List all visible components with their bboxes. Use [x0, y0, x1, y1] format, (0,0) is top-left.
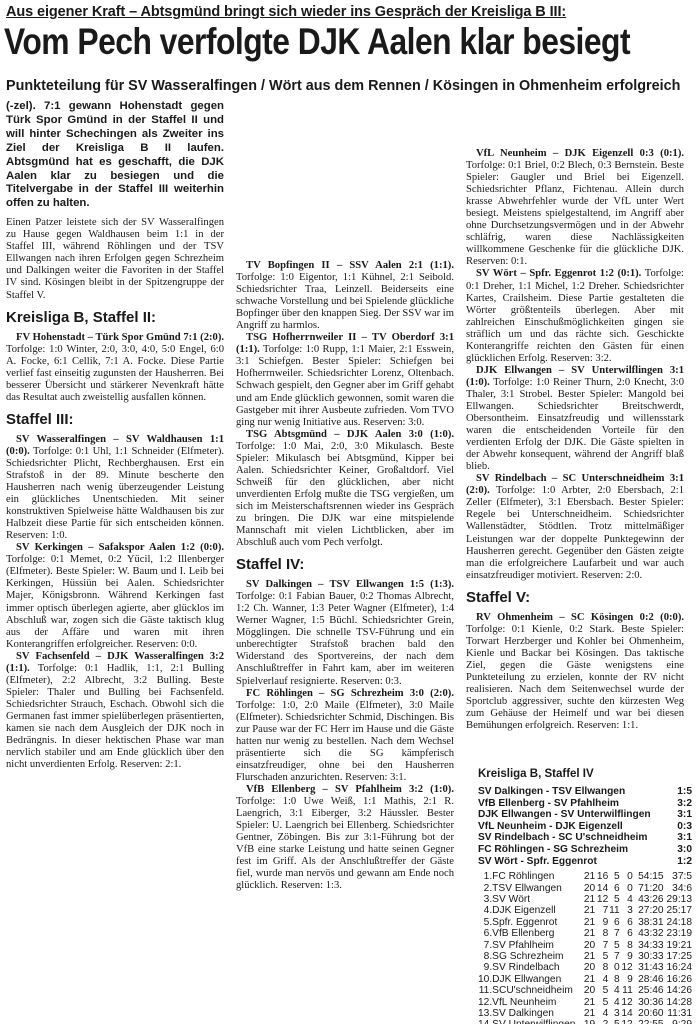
standings-box: Kreisliga B, Staffel IV SV Dalkingen - T…	[478, 768, 692, 1024]
match-text: Torfolge: 1:0 Reiner Thurn, 2:0 Knecht, …	[466, 377, 684, 472]
match-text: Torfolge: 1:0, 2:0 Maile (Elfmeter), 3:0…	[236, 700, 454, 783]
table-cell-v: 12	[620, 1019, 633, 1024]
table-cell-g: 4	[595, 1008, 608, 1019]
table-cell-pkt: 25:17	[664, 905, 692, 916]
table-cell-v: 9	[620, 974, 633, 985]
table-cell-sp: 21	[581, 997, 595, 1008]
match-report: SV Fachsenfeld – DJK Wasseralfingen 3:2 …	[6, 651, 224, 771]
table-cell-tore: 34:33	[633, 940, 664, 951]
match-report: DJK Ellwangen – SV Unterwilflingen 3:1 (…	[466, 365, 684, 473]
table-cell-u: 5	[608, 940, 619, 951]
table-cell-sp: 21	[581, 951, 595, 962]
table-cell-tore: 71:20	[633, 883, 664, 894]
result-match: DJK Ellwangen - SV Unterwilflingen	[478, 809, 675, 821]
table-cell-tore: 20:60	[633, 1008, 664, 1019]
result-score: 1:2	[675, 856, 692, 868]
table-cell-u: 6	[608, 917, 619, 928]
table-cell-pos: 1.	[478, 871, 492, 882]
table-cell-pos: 9.	[478, 962, 492, 973]
table-cell-g: 14	[595, 883, 608, 894]
match-text: Torfolge: 1:0 Uwe Weiß, 1:1 Mathis, 2:1 …	[236, 796, 454, 891]
result-match: SV Dalkingen - TSV Ellwangen	[478, 786, 675, 798]
table-cell-sp: 20	[581, 962, 595, 973]
table-cell-u: 4	[608, 997, 619, 1008]
table-cell-v: 14	[620, 1008, 633, 1019]
table-cell-pkt: 14:28	[664, 997, 692, 1008]
table-row: 5.Spfr. Eggenrot2196638:3124:18	[478, 917, 692, 928]
result-row: SV Dalkingen - TSV Ellwangen1:5	[478, 786, 692, 798]
table-cell-tore: 43:32	[633, 928, 664, 939]
table-cell-pos: 11.	[478, 985, 492, 996]
match-heading: VfB Ellenberg – SV Pfahlheim 3:2 (1:0).	[246, 784, 454, 795]
standings-title: Kreisliga B, Staffel IV	[478, 768, 692, 780]
table-cell-v: 8	[620, 940, 633, 951]
article-column-1: (-zel). 7:1 gewann Hohenstadt gegen Türk…	[6, 100, 224, 771]
result-match: VfB Ellenberg - SV Pfahlheim	[478, 798, 675, 810]
table-cell-tore: 54:15	[633, 871, 664, 882]
match-report: TSG Hofherrnweiler II – TV Oberdorf 3:1 …	[236, 332, 454, 428]
table-cell-team: DJK Eigenzell	[492, 905, 581, 916]
match-report: VfB Ellenberg – SV Pfahlheim 3:2 (1:0). …	[236, 784, 454, 892]
section-heading: Kreisliga B, Staffel II:	[6, 308, 224, 328]
table-row: 3.SV Wört21125443:2629:13	[478, 894, 692, 905]
table-cell-pos: 13.	[478, 1008, 492, 1019]
table-cell-pos: 4.	[478, 905, 492, 916]
table-cell-tore: 31:43	[633, 962, 664, 973]
table-cell-pos: 5.	[478, 917, 492, 928]
table-cell-u: 5	[608, 1019, 619, 1024]
table-cell-g: 5	[595, 985, 608, 996]
table-cell-pkt: 14:26	[664, 985, 692, 996]
table-row: 9.SV Rindelbach20801231:4316:24	[478, 962, 692, 973]
table-cell-g: 7	[595, 940, 608, 951]
table-cell-tore: 22:55	[633, 1019, 664, 1024]
table-cell-pkt: 19:21	[664, 940, 692, 951]
table-cell-g: 12	[595, 894, 608, 905]
table-row: 11.SCU'schneidheim20541125:4614:26	[478, 985, 692, 996]
table-cell-g: 4	[595, 974, 608, 985]
table-cell-pkt: 16:26	[664, 974, 692, 985]
table-cell-v: 12	[620, 997, 633, 1008]
table-row: 1.FC Röhlingen21165054:1537:5	[478, 871, 692, 882]
match-report: TV Bopfingen II – SSV Aalen 2:1 (1:1). T…	[236, 260, 454, 332]
table-cell-u: 7	[608, 951, 619, 962]
table-cell-pkt: 29:13	[664, 894, 692, 905]
match-report: TSG Abtsgmünd – DJK Aalen 3:0 (1:0). Tor…	[236, 429, 454, 549]
match-text: Torfolge: 1:0 Rupp, 1:1 Maier, 2:1 Esswe…	[236, 344, 454, 427]
table-cell-tore: 28:46	[633, 974, 664, 985]
table-cell-u: 4	[608, 985, 619, 996]
match-report: FC Röhlingen – SG Schrezheim 3:0 (2:0). …	[236, 688, 454, 784]
match-heading: TV Bopfingen II – SSV Aalen 2:1 (1:1).	[246, 260, 454, 271]
kicker: Aus eigener Kraft – Abtsgmünd bringt sic…	[6, 4, 566, 20]
table-cell-team: VfL Neunheim	[492, 997, 581, 1008]
table-cell-team: VfB Ellenberg	[492, 928, 581, 939]
table-cell-pos: 6.	[478, 928, 492, 939]
table-cell-team: SV Dalkingen	[492, 1008, 581, 1019]
match-report: FV Hohenstadt – Türk Spor Gmünd 7:1 (2:0…	[6, 332, 224, 404]
table-cell-v: 4	[620, 894, 633, 905]
match-heading: FC Röhlingen – SG Schrezheim 3:0 (2:0).	[246, 688, 454, 699]
match-text: Torfolge: 0:1 Memet, 0:2 Yücil, 1:2 Ille…	[6, 554, 224, 649]
table-cell-u: 0	[608, 962, 619, 973]
table-cell-v: 0	[620, 871, 633, 882]
table-cell-team: SV Unterwilflingen	[492, 1019, 581, 1024]
table-cell-pos: 12.	[478, 997, 492, 1008]
table-cell-team: DJK Ellwangen	[492, 974, 581, 985]
section-heading: Staffel III:	[6, 410, 224, 430]
table-cell-g: 8	[595, 928, 608, 939]
table-cell-g: 5	[595, 951, 608, 962]
table-cell-sp: 21	[581, 894, 595, 905]
table-cell-v: 3	[620, 905, 633, 916]
result-score: 1:5	[675, 786, 692, 798]
table-cell-v: 12	[620, 962, 633, 973]
table-cell-u: 3	[608, 1008, 619, 1019]
table-cell-u: 8	[608, 974, 619, 985]
table-row: 13.SV Dalkingen21431420:6011:31	[478, 1008, 692, 1019]
article-column-2: TV Bopfingen II – SSV Aalen 2:1 (1:1). T…	[236, 260, 454, 892]
match-heading: SV Wört – Spfr. Eggenrot 1:2 (0:1).	[476, 268, 641, 279]
match-heading: SV Kerkingen – Safakspor Aalen 1:2 (0:0)…	[16, 542, 224, 553]
result-score: 3:1	[675, 809, 692, 821]
article-column-3: VfL Neunheim – DJK Eigenzell 0:3 (0:1). …	[466, 148, 684, 732]
table-row: 6.VfB Ellenberg2187643:3223:19	[478, 928, 692, 939]
table-cell-pos: 10.	[478, 974, 492, 985]
result-row: SV Rindelbach - SC U'schneidheim3:1	[478, 832, 692, 844]
league-table: 1.FC Röhlingen21165054:1537:52.TSV Ellwa…	[478, 871, 692, 1024]
table-cell-u: 11	[608, 905, 619, 916]
table-cell-sp: 20	[581, 985, 595, 996]
table-cell-sp: 21	[581, 917, 595, 928]
table-cell-v: 0	[620, 883, 633, 894]
match-heading: TSG Abtsgmünd – DJK Aalen 3:0 (1:0).	[246, 429, 454, 440]
table-cell-tore: 30:36	[633, 997, 664, 1008]
table-cell-v: 6	[620, 917, 633, 928]
table-cell-team: SV Wört	[492, 894, 581, 905]
table-cell-sp: 21	[581, 974, 595, 985]
match-report: SV Rindelbach – SC Unterschneidheim 3:1 …	[466, 473, 684, 581]
match-text: Torfolge: 1:0 Mai, 2:0, 3:0 Mikulasch. B…	[236, 441, 454, 548]
table-row: 2.TSV Ellwangen20146071:2034:6	[478, 883, 692, 894]
table-cell-v: 6	[620, 928, 633, 939]
match-text: Torfolge: 0:1 Dreher, 1:1 Michel, 1:2 Dr…	[466, 268, 684, 363]
table-cell-g: 8	[595, 962, 608, 973]
table-row: 14.SV Unterwilflingen19251222:559:29	[478, 1019, 692, 1024]
intro-paragraph: Einen Patzer leistete sich der SV Wasser…	[6, 217, 224, 301]
match-heading: FV Hohenstadt – Türk Spor Gmünd 7:1 (2:0…	[16, 332, 224, 343]
table-row: 12.VfL Neunheim21541230:3614:28	[478, 997, 692, 1008]
result-row: FC Röhlingen - SG Schrezheim3:0	[478, 844, 692, 856]
match-heading: RV Ohmenheim – SC Kösingen 0:2 (0:0).	[476, 612, 684, 623]
table-cell-g: 5	[595, 997, 608, 1008]
result-row: SV Wört - Spfr. Eggenrot1:2	[478, 856, 692, 868]
table-row: 10.DJK Ellwangen2148928:4616:26	[478, 974, 692, 985]
result-score: 3:0	[675, 844, 692, 856]
table-cell-team: TSV Ellwangen	[492, 883, 581, 894]
match-report: SV Dalkingen – TSV Ellwangen 1:5 (1:3). …	[236, 579, 454, 687]
match-report: SV Kerkingen – Safakspor Aalen 1:2 (0:0)…	[6, 542, 224, 650]
table-cell-team: SG Schrezheim	[492, 951, 581, 962]
table-cell-pkt: 37:5	[664, 871, 692, 882]
table-cell-pkt: 34:6	[664, 883, 692, 894]
table-cell-pkt: 24:18	[664, 917, 692, 928]
table-cell-g: 16	[595, 871, 608, 882]
table-cell-u: 5	[608, 871, 619, 882]
match-text: Torfolge: 1:0 Arbter, 2:0 Ebersbach, 2:1…	[466, 485, 684, 580]
table-cell-u: 5	[608, 894, 619, 905]
table-cell-team: Spfr. Eggenrot	[492, 917, 581, 928]
table-cell-team: SV Rindelbach	[492, 962, 581, 973]
table-cell-pkt: 11:31	[664, 1008, 692, 1019]
match-text: Torfolge: 0:1 Uhl, 1:1 Schneider (Elfmet…	[6, 446, 224, 541]
table-row: 7.SV Pfahlheim2075834:3319:21	[478, 940, 692, 951]
table-cell-pos: 2.	[478, 883, 492, 894]
table-cell-sp: 21	[581, 928, 595, 939]
table-cell-team: FC Röhlingen	[492, 871, 581, 882]
table-cell-tore: 27:20	[633, 905, 664, 916]
table-cell-tore: 38:31	[633, 917, 664, 928]
result-score: 0:3	[675, 821, 692, 833]
table-cell-u: 7	[608, 928, 619, 939]
table-cell-sp: 20	[581, 940, 595, 951]
result-match: SV Rindelbach - SC U'schneidheim	[478, 832, 675, 844]
table-cell-g: 7	[595, 905, 608, 916]
result-row: VfB Ellenberg - SV Pfahlheim3:2	[478, 798, 692, 810]
lead-paragraph: (-zel). 7:1 gewann Hohenstadt gegen Türk…	[6, 100, 224, 211]
table-cell-sp: 21	[581, 871, 595, 882]
result-match: FC Röhlingen - SG Schrezheim	[478, 844, 675, 856]
table-cell-g: 2	[595, 1019, 608, 1024]
result-row: VfL Neunheim - DJK Eigenzell0:3	[478, 821, 692, 833]
table-cell-tore: 30:33	[633, 951, 664, 962]
result-score: 3:2	[675, 798, 692, 810]
match-text: Torfolge: 1:0 Eigentor, 1:1 Kühnel, 2:1 …	[236, 272, 454, 331]
match-report: SV Wasseralfingen – SV Waldhausen 1:1 (0…	[6, 434, 224, 542]
subhead: Punkteteilung für SV Wasseralfingen / Wö…	[6, 78, 680, 94]
match-text: Torfolge: 0:1 Hadlik, 1:1, 2:1 Bulling (…	[6, 663, 224, 770]
section-heading: Staffel IV:	[236, 555, 454, 575]
table-row: 4.DJK Eigenzell21711327:2025:17	[478, 905, 692, 916]
table-cell-tore: 25:46	[633, 985, 664, 996]
table-cell-pkt: 17:25	[664, 951, 692, 962]
table-cell-u: 6	[608, 883, 619, 894]
match-report: VfL Neunheim – DJK Eigenzell 0:3 (0:1). …	[466, 148, 684, 268]
table-cell-sp: 21	[581, 905, 595, 916]
table-cell-pkt: 16:24	[664, 962, 692, 973]
table-cell-sp: 20	[581, 883, 595, 894]
table-cell-v: 9	[620, 951, 633, 962]
result-match: VfL Neunheim - DJK Eigenzell	[478, 821, 675, 833]
table-cell-sp: 21	[581, 1008, 595, 1019]
table-cell-g: 9	[595, 917, 608, 928]
match-text: Torfolge: 0:1 Kienle, 0:2 Stark. Beste S…	[466, 624, 684, 731]
result-match: SV Wört - Spfr. Eggenrot	[478, 856, 675, 868]
table-cell-v: 11	[620, 985, 633, 996]
table-cell-tore: 43:26	[633, 894, 664, 905]
section-heading: Staffel V:	[466, 588, 684, 608]
table-cell-pos: 14.	[478, 1019, 492, 1024]
headline: Vom Pech verfolgte DJK Aalen klar besieg…	[4, 20, 630, 64]
table-row: 8.SG Schrezheim2157930:3317:25	[478, 951, 692, 962]
result-score: 3:1	[675, 832, 692, 844]
table-cell-pkt: 23:19	[664, 928, 692, 939]
match-heading: SV Dalkingen – TSV Ellwangen 1:5 (1:3).	[246, 579, 454, 590]
results-table: SV Dalkingen - TSV Ellwangen1:5VfB Ellen…	[478, 786, 692, 867]
match-report: SV Wört – Spfr. Eggenrot 1:2 (0:1). Torf…	[466, 268, 684, 364]
table-cell-team: SV Pfahlheim	[492, 940, 581, 951]
table-cell-pos: 8.	[478, 951, 492, 962]
table-cell-sp: 19	[581, 1019, 595, 1024]
table-cell-team: SCU'schneidheim	[492, 985, 581, 996]
match-heading: VfL Neunheim – DJK Eigenzell 0:3 (0:1).	[476, 148, 684, 159]
table-cell-pos: 7.	[478, 940, 492, 951]
result-row: DJK Ellwangen - SV Unterwilflingen3:1	[478, 809, 692, 821]
match-report: RV Ohmenheim – SC Kösingen 0:2 (0:0). To…	[466, 612, 684, 732]
match-text: Torfolge: 1:0 Winter, 2:0, 3:0, 4:0, 5:0…	[6, 344, 224, 403]
table-cell-pos: 3.	[478, 894, 492, 905]
match-text: Torfolge: 0:1 Briel, 0:2 Blech, 0:3 Bern…	[466, 160, 684, 267]
table-cell-pkt: 9:29	[664, 1019, 692, 1024]
match-text: Torfolge: 0:1 Fabian Bauer, 0:2 Thomas A…	[236, 591, 454, 686]
